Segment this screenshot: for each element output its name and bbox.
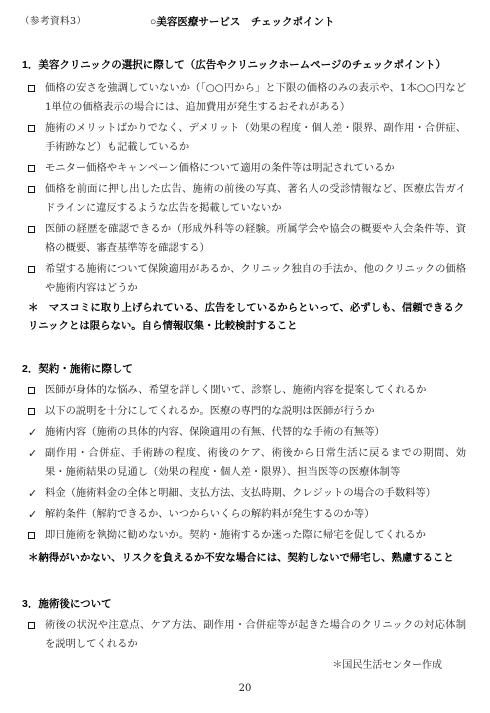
checkbox-icon [28, 408, 35, 415]
checklist-item: 即日施術を執拗に勧めないか。契約・施術するか迷った際に帰宅を促してくれるか [0, 526, 490, 545]
checkbox-icon [28, 532, 35, 539]
checklist-item: 医師の経歴を確認できるか（形成外科等の経験。所属学会や協会の概要や入会条件等、資… [0, 220, 490, 258]
checklist-item-text: 価格を前面に押し出した広告、施術の前後の写真、著名人の受診情報など、医療広告ガイ… [45, 180, 466, 218]
section-1-items: 価格の安さを強調していないか（「○○円から」と下限の価格のみの表示や、1本○○円… [0, 79, 490, 298]
checklist-item-text: 医師の経歴を確認できるか（形成外科等の経験。所属学会や協会の概要や入会条件等、資… [45, 220, 466, 258]
checkbox-icon [28, 622, 35, 629]
checklist-item: 希望する施術について保険適用があるか、クリニック独自の手法か、他のクリニックの価… [0, 260, 490, 298]
reference-label: （参考資料3） [20, 12, 87, 31]
section-2-heading: 2．契約・施術に際して [22, 360, 490, 379]
checklist-item: モニター価格やキャンペーン価格について適用の条件等は明記されているか [0, 159, 490, 178]
checklist-item-text: 希望する施術について保険適用があるか、クリニック独自の手法か、他のクリニックの価… [45, 260, 466, 298]
checklist-item-text: 即日施術を執拗に勧めないか。契約・施術するか迷った際に帰宅を促してくれるか [45, 526, 466, 545]
checkbox-icon [28, 125, 35, 132]
checklist-item: 医師が身体的な悩み、希望を詳しく聞いて、診察し、施術内容を提案してくれるか [0, 381, 490, 400]
checklist-item: 施術のメリットばかりでなく、デメリット（効果の程度・個人差・限界、副作用・合併症… [0, 119, 490, 157]
checklist-item-text: 解約条件（解約できるか、いつからいくらの解約料が発生するのか等） [45, 505, 466, 524]
check-icon: ✓ [28, 423, 45, 442]
checklist-item-text: 術後の状況や注意点、ケア方法、副作用・合併症等が起きた場合のクリニックの対応体制… [45, 616, 466, 654]
footer-credit: ＊国民生活センター作成 [0, 657, 490, 674]
page-number: 20 [0, 681, 490, 696]
checklist-item-text: 施術内容（施術の具体的内容、保険適用の有無、代替的な手術の有無等） [45, 423, 466, 442]
checklist-item-text: 施術のメリットばかりでなく、デメリット（効果の程度・個人差・限界、副作用・合併症… [45, 119, 466, 157]
document-header: （参考資料3） ○美容医療サービス チェックポイント [0, 12, 490, 31]
checklist-item-text: 医師が身体的な悩み、希望を詳しく聞いて、診察し、施術内容を提案してくれるか [45, 381, 466, 400]
checklist-item-text: モニター価格やキャンペーン価格について適用の条件等は明記されているか [45, 159, 466, 178]
check-icon: ✓ [28, 484, 45, 503]
check-icon: ✓ [28, 505, 45, 524]
checklist-item: ✓ 副作用・合併症、手術跡の程度、術後のケア、術後から日常生活に戻るまでの期間、… [0, 444, 490, 482]
checkbox-icon [28, 165, 35, 172]
checkbox-icon [28, 387, 35, 394]
document-page: （参考資料3） ○美容医療サービス チェックポイント 1．美容クリニックの選択に… [0, 0, 490, 713]
page-title: ○美容医療サービス チェックポイント [150, 14, 335, 30]
checklist-item-text: 料金（施術料金の全体と明細、支払方法、支払時期、クレジットの場合の手数料等） [45, 484, 466, 503]
checkbox-icon [28, 85, 35, 92]
section-3-items: 術後の状況や注意点、ケア方法、副作用・合併症等が起きた場合のクリニックの対応体制… [0, 616, 490, 654]
checkbox-icon [28, 186, 35, 193]
checklist-item: 術後の状況や注意点、ケア方法、副作用・合併症等が起きた場合のクリニックの対応体制… [0, 616, 490, 654]
checkbox-icon [28, 226, 35, 233]
checklist-item: 価格を前面に押し出した広告、施術の前後の写真、著名人の受診情報など、医療広告ガイ… [0, 180, 490, 218]
checklist-item: ✓ 施術内容（施術の具体的内容、保険適用の有無、代替的な手術の有無等） [0, 423, 490, 442]
checklist-item: ✓ 料金（施術料金の全体と明細、支払方法、支払時期、クレジットの場合の手数料等） [0, 484, 490, 503]
checkbox-icon [28, 266, 35, 273]
checklist-item-text: 価格の安さを強調していないか（「○○円から」と下限の価格のみの表示や、1本○○円… [45, 79, 466, 117]
section-2-items: 医師が身体的な悩み、希望を詳しく聞いて、診察し、施術内容を提案してくれるか 以下… [0, 381, 490, 545]
checklist-item: 価格の安さを強調していないか（「○○円から」と下限の価格のみの表示や、1本○○円… [0, 79, 490, 117]
checklist-item: ✓ 解約条件（解約できるか、いつからいくらの解約料が発生するのか等） [0, 505, 490, 524]
section-2-note: ＊納得がいかない、リスクを負えるか不安な場合には、契約しないで帰宅し、熟慮するこ… [28, 550, 469, 569]
checklist-item-text: 副作用・合併症、手術跡の程度、術後のケア、術後から日常生活に戻るまでの期間、効果… [45, 444, 466, 482]
checklist-item-text: 以下の説明を十分にしてくれるか。医療の専門的な説明は医師が行うか [45, 402, 466, 421]
check-icon: ✓ [28, 444, 45, 463]
section-3-heading: 3．施術後について [22, 595, 490, 614]
section-1-heading: 1．美容クリニックの選択に際して（広告やクリニックホームページのチェックポイント… [22, 56, 490, 75]
section-1-note: ＊ マスコミに取り上げられている、広告をしているからといって、必ずしも、信頼でき… [28, 300, 469, 337]
checklist-item: 以下の説明を十分にしてくれるか。医療の専門的な説明は医師が行うか [0, 402, 490, 421]
